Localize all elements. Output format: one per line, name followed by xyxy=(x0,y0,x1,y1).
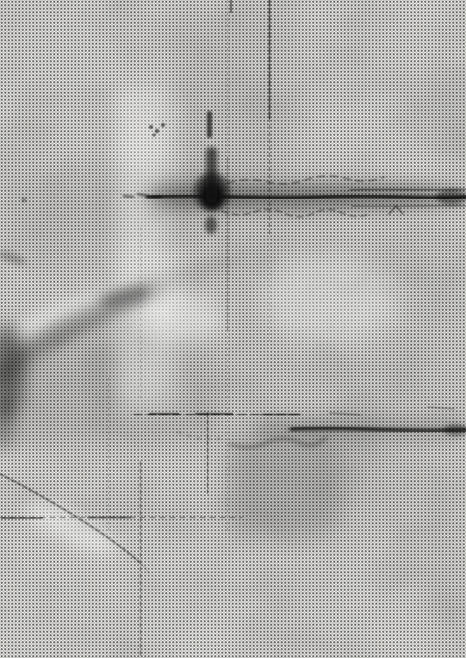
scanned-photo-page xyxy=(0,0,466,658)
photo-feature-overlay xyxy=(0,0,466,658)
speckle-layer xyxy=(0,0,466,658)
film-speckle-noise xyxy=(0,0,466,658)
